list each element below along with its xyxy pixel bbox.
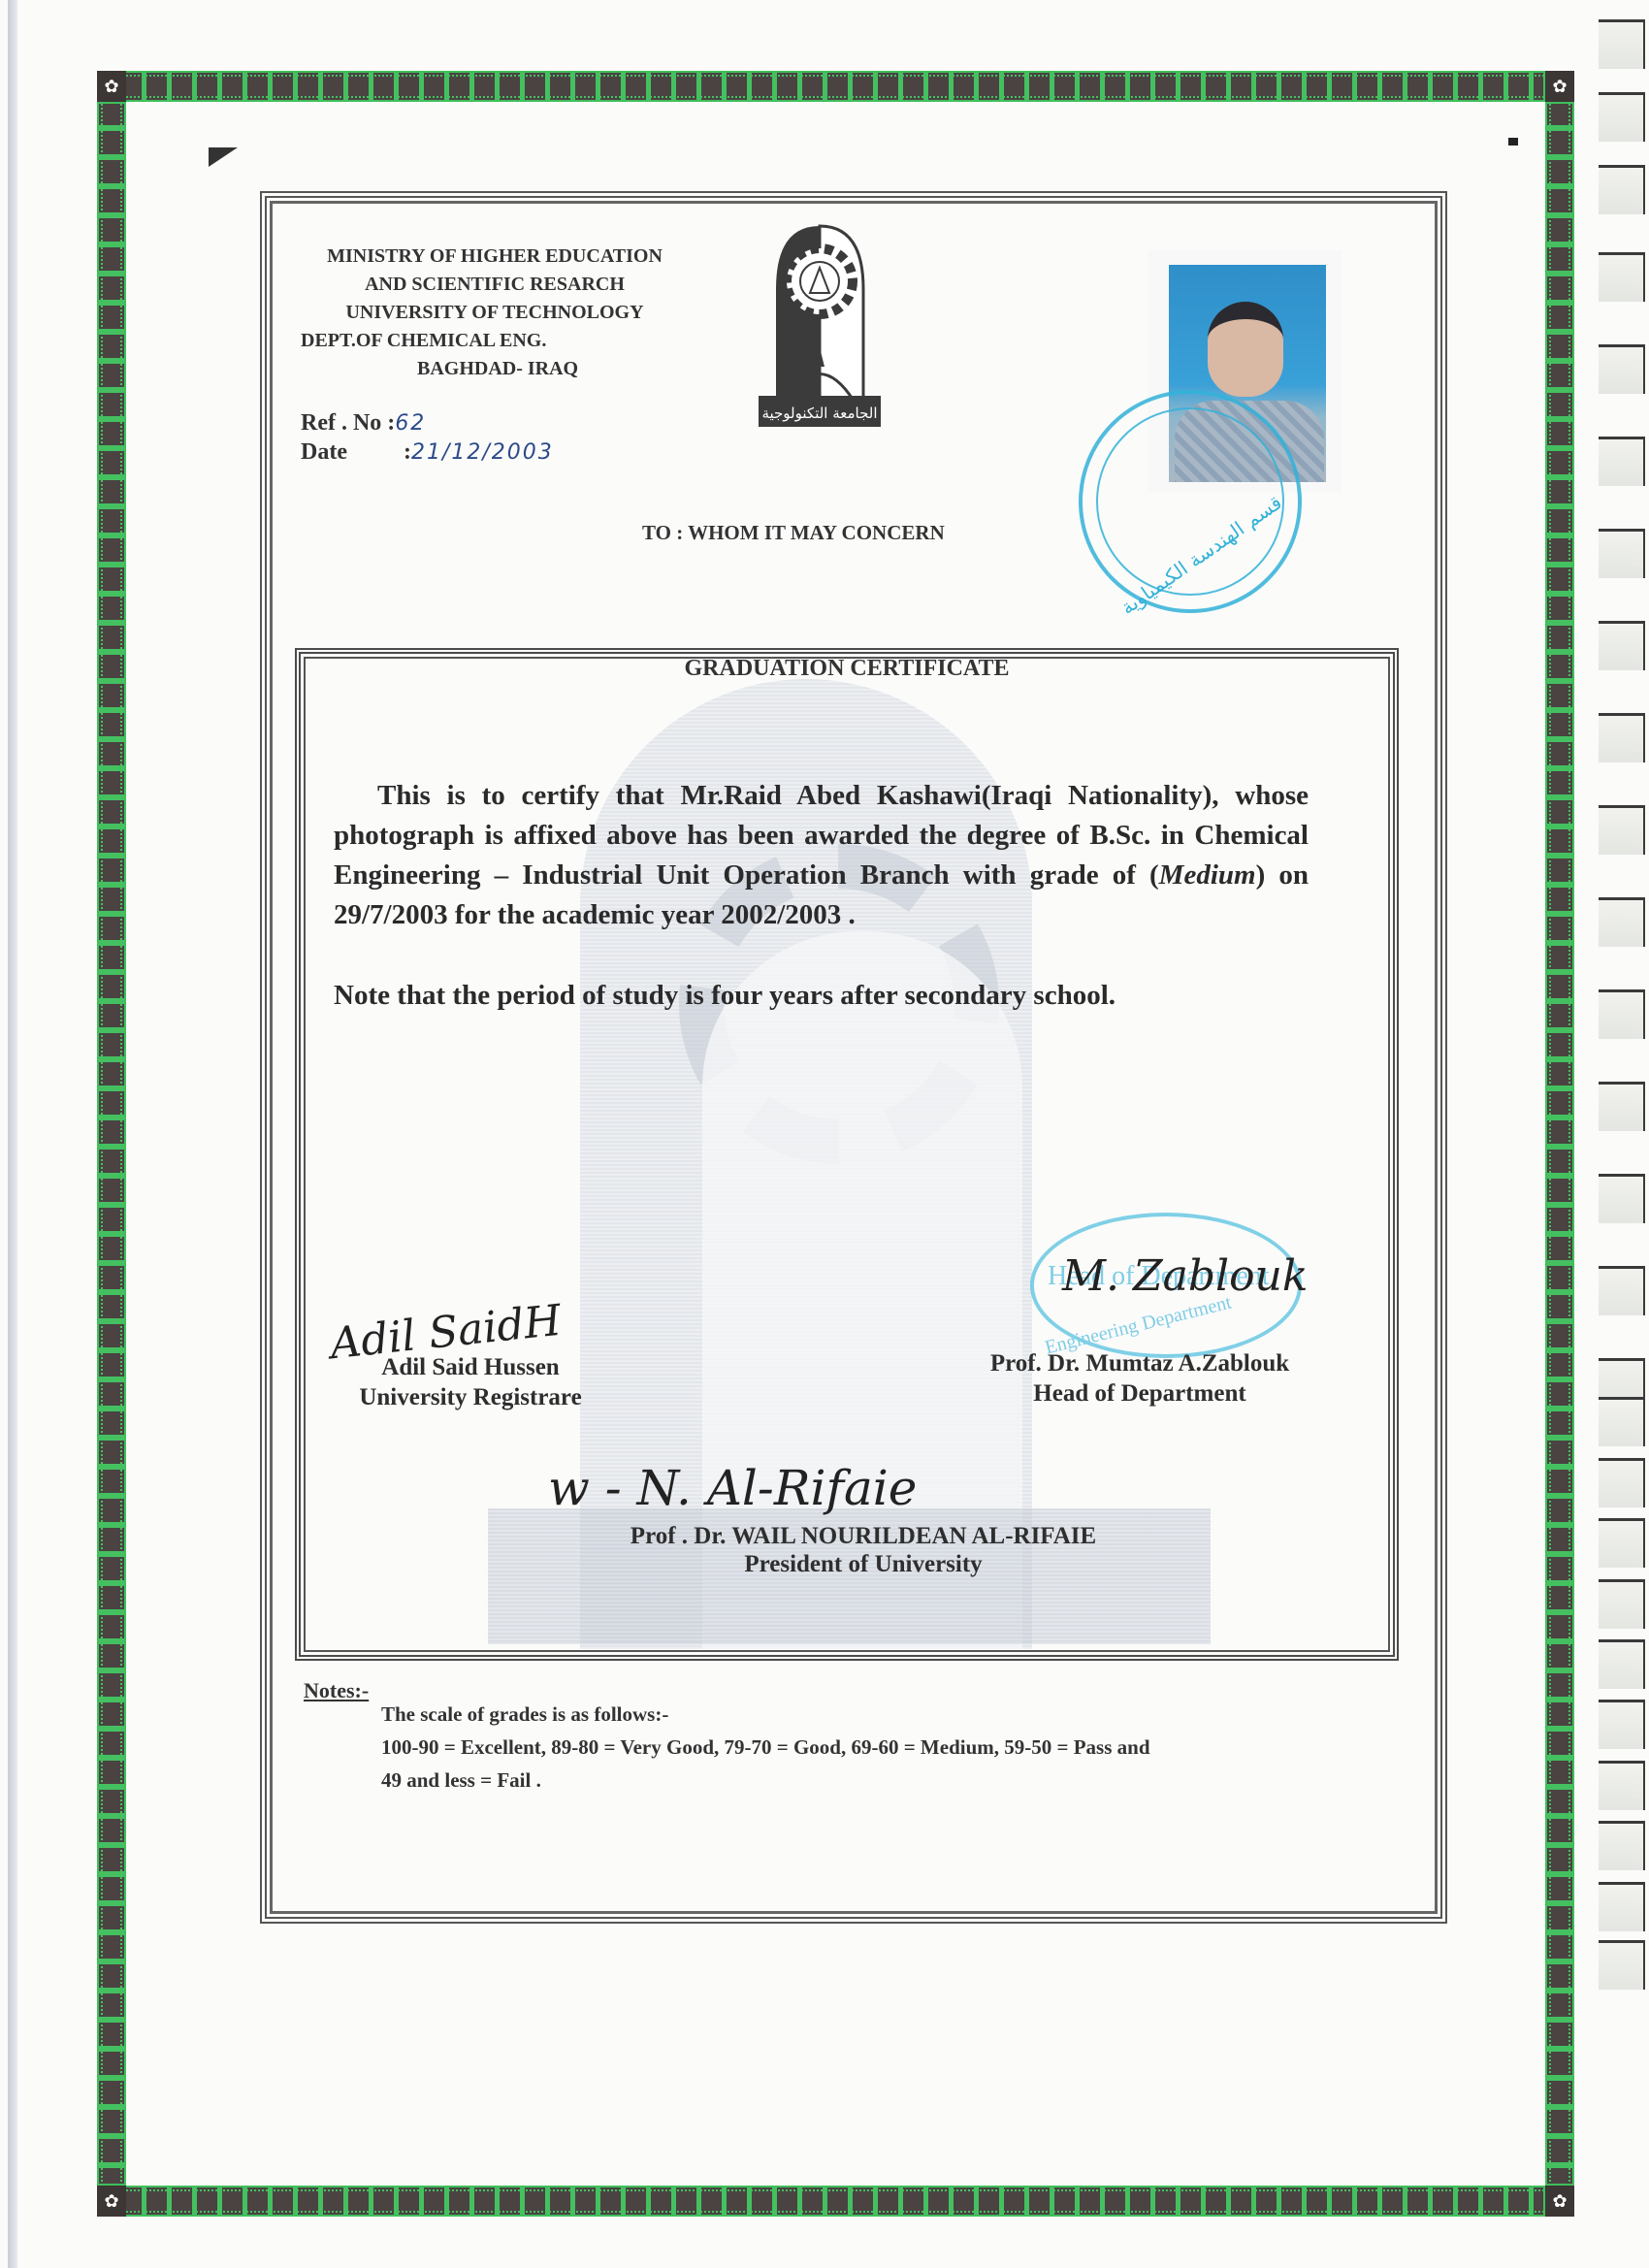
page-edge [8, 0, 17, 2268]
president-block: Prof . Dr. WAIL NOURILDEAN AL-RIFAIE Pre… [553, 1521, 1174, 1578]
scan-mark [1508, 138, 1518, 146]
registrar-name: Adil Said Hussen [325, 1352, 616, 1382]
addressee: TO : WHOM IT MAY CONCERN [642, 521, 945, 545]
grade-value: Medium [1159, 859, 1256, 891]
president-signature: w - N. Al-Rifaie [548, 1460, 917, 1516]
notes-heading: Notes:- [304, 1678, 369, 1703]
date-label: Date [301, 439, 347, 465]
page-tab [1599, 165, 1645, 214]
issue-date: Date :21/12/2003 [301, 438, 554, 467]
header-line: AND SCIENTIFIC RESARCH [296, 271, 694, 299]
page-tab [1599, 1397, 1645, 1446]
scan-mark [209, 147, 238, 167]
notes-line: 49 and less = Fail . [381, 1764, 1400, 1797]
president-role: President of University [553, 1551, 1174, 1578]
page-tab [1599, 1174, 1645, 1223]
header-line: DEPT.OF CHEMICAL ENG. [296, 327, 694, 355]
page-tab [1599, 1882, 1645, 1931]
head-role: Head of Department [936, 1378, 1343, 1409]
border-top [124, 71, 1545, 102]
page-tab [1599, 1821, 1645, 1870]
header-line: BAGHDAD- IRAQ [296, 355, 694, 383]
page-tab [1599, 437, 1645, 486]
camera-icon: ✿ [1545, 71, 1574, 102]
header-line: UNIVERSITY OF TECHNOLOGY [296, 299, 694, 327]
page-tab [1599, 713, 1645, 762]
ref-value: 62 [395, 411, 426, 436]
border-right [1545, 102, 1574, 2186]
head-name: Prof. Dr. Mumtaz A.Zablouk [936, 1348, 1343, 1378]
institution-header: MINISTRY OF HIGHER EDUCATION AND SCIENTI… [296, 243, 694, 383]
page-tab [1599, 1458, 1645, 1507]
registrar-role: University Registrare [325, 1382, 616, 1412]
grade-scale: The scale of grades is as follows:- 100-… [381, 1698, 1400, 1797]
head-signature: M. Zablouk [1062, 1251, 1309, 1301]
page-tab [1599, 1266, 1645, 1315]
certificate-title: GRADUATION CERTIFICATE [295, 656, 1399, 682]
registrar-block: Adil Said Hussen University Registrare [325, 1352, 616, 1412]
page-tab [1599, 805, 1645, 855]
page-tab [1599, 529, 1645, 578]
page-tab [1599, 621, 1645, 670]
page-tab [1599, 1639, 1645, 1689]
president-name: Prof . Dr. WAIL NOURILDEAN AL-RIFAIE [553, 1521, 1174, 1551]
page-tab [1599, 344, 1645, 394]
university-logo-icon: الجامعة التكنولوجية [757, 221, 883, 427]
camera-icon: ✿ [97, 2186, 126, 2217]
border-bottom [124, 2186, 1545, 2217]
border-left [97, 102, 126, 2186]
page-tab [1599, 1700, 1645, 1749]
reference-number: Ref . No :62 [301, 409, 426, 437]
certificate-statement: This is to certify that Mr.Raid Abed Kas… [334, 776, 1309, 935]
notes-line: The scale of grades is as follows:- [381, 1698, 1400, 1731]
page-tab [1599, 252, 1645, 302]
page-tab [1599, 1940, 1645, 1990]
page-tab [1599, 1761, 1645, 1810]
camera-icon: ✿ [1545, 2186, 1574, 2217]
page-tab [1599, 1082, 1645, 1131]
date-sep: : [404, 439, 411, 465]
date-value: 21/12/2003 [411, 440, 554, 465]
camera-icon: ✿ [97, 71, 126, 102]
page-tab [1599, 92, 1645, 142]
svg-text:الجامعة التكنولوجية: الجامعة التكنولوجية [761, 405, 877, 422]
notes-line: 100-90 = Excellent, 89-80 = Very Good, 7… [381, 1731, 1400, 1764]
page-tab [1599, 897, 1645, 947]
head-block: Prof. Dr. Mumtaz A.Zablouk Head of Depar… [936, 1348, 1343, 1409]
page-tab [1599, 1518, 1645, 1568]
header-line: MINISTRY OF HIGHER EDUCATION [296, 243, 694, 271]
study-period-note: Note that the period of study is four ye… [334, 976, 1362, 1016]
ref-label: Ref . No : [301, 410, 395, 436]
page-tab [1599, 19, 1645, 69]
page-tab [1599, 1579, 1645, 1629]
page-tab [1599, 989, 1645, 1039]
